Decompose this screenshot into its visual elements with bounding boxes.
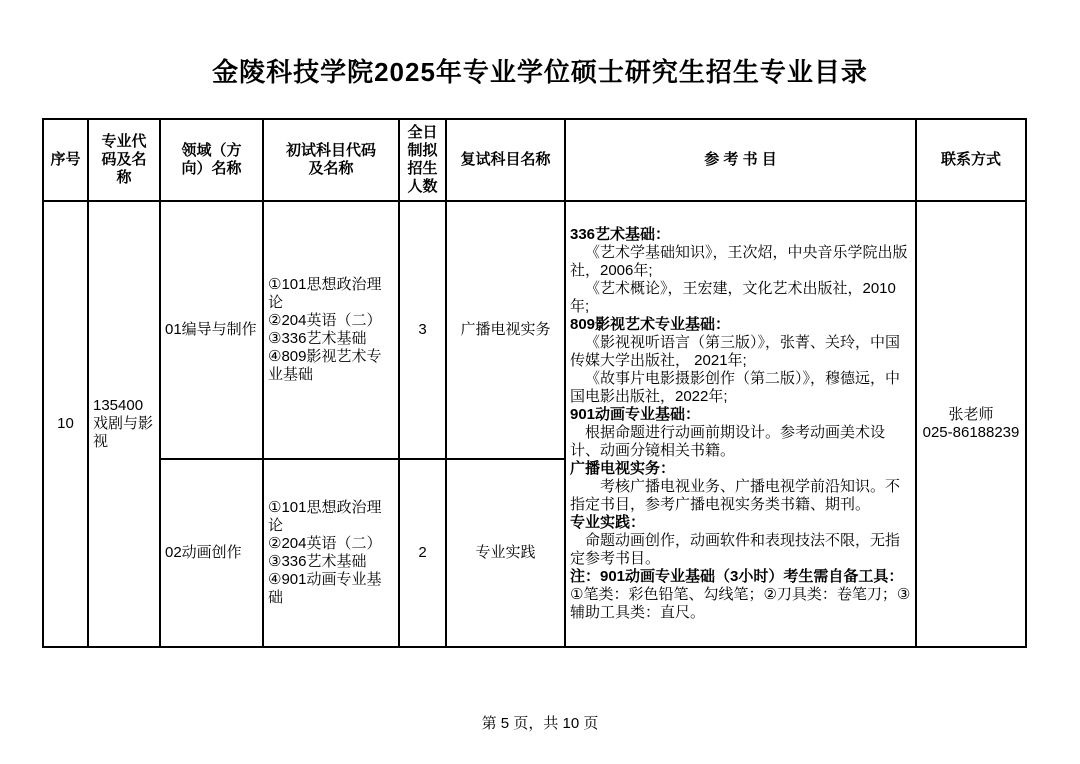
page-title: 金陵科技学院2025年专业学位硕士研究生招生专业目录 [0,52,1080,89]
quota-cell-01: 3 [399,201,446,459]
subjects-cell-01: ①101思想政治理论②204英语（二）③336艺术基础④809影视艺术专业基础 [263,201,399,459]
references-cell: 336艺术基础：《艺术学基础知识》，王次炤，中央音乐学院出版社，2006年;《艺… [565,201,916,647]
header-references: 参 考 书 目 [565,119,916,201]
header-major-code: 专业代 码及名 称 [88,119,160,201]
table-header-row: 序号 专业代 码及名 称 领域（方 向）名称 初试科目代码 及名称 全日 制拟 … [43,119,1026,201]
reference-line: 336艺术基础： [570,226,911,244]
header-seq: 序号 [43,119,88,201]
exam-subject: ③336艺术基础 [268,330,394,348]
field-cell-02: 02动画创作 [160,459,263,647]
reference-line: 根据命题进行动画前期设计。参考动画美术设计、动画分镜相关书籍。 [570,424,911,460]
reference-line: 命题动画创作，动画软件和表现技法不限，无指定参考书目。 [570,532,911,568]
retest-cell-01: 广播电视实务 [446,201,565,459]
quota-cell-02: 2 [399,459,446,647]
exam-subject: ④901动画专业基础 [268,571,394,607]
reference-line: 《艺术学基础知识》，王次炤，中央音乐学院出版社，2006年; [570,244,911,280]
reference-line: 809影视艺术专业基础： [570,316,911,334]
exam-subject: ①101思想政治理论 [268,276,394,312]
seq-cell: 10 [43,201,88,647]
exam-subject: ①101思想政治理论 [268,499,394,535]
subjects-list: ①101思想政治理论②204英语（二）③336艺术基础④809影视艺术专业基础 [268,276,394,384]
reference-line: 注：901动画专业基础（3小时）考生需自备工具： [570,568,911,586]
exam-subject: ④809影视艺术专业基础 [268,348,394,384]
reference-line: 901动画专业基础： [570,406,911,424]
subjects-cell-02: ①101思想政治理论②204英语（二）③336艺术基础④901动画专业基础 [263,459,399,647]
header-quota: 全日 制拟 招生 人数 [399,119,446,201]
exam-subject: ②204英语（二） [268,312,394,330]
references-list: 336艺术基础：《艺术学基础知识》，王次炤，中央音乐学院出版社，2006年;《艺… [570,226,911,622]
reference-line: 《故事片电影摄影创作（第二版）》，穆德远，中国电影出版社，2022年; [570,370,911,406]
header-retest-subject: 复试科目名称 [446,119,565,201]
reference-line: 《影视视听语言（第三版）》，张菁、关玲，中国传媒大学出版社， 2021年; [570,334,911,370]
header-contact: 联系方式 [916,119,1026,201]
reference-line: 《艺术概论》，王宏建，文化艺术出版社，2010年; [570,280,911,316]
reference-line: 广播电视实务： [570,460,911,478]
major-code-cell: 135400 戏剧与影视 [88,201,160,647]
reference-line: ①笔类：彩色铅笔、勾线笔；②刀具类：卷笔刀；③辅助工具类：直尺。 [570,586,911,622]
header-field: 领域（方 向）名称 [160,119,263,201]
document-page: 金陵科技学院2025年专业学位硕士研究生招生专业目录 序号 专业代 码及名 称 … [0,0,1080,764]
field-cell-01: 01编导与制作 [160,201,263,459]
header-initial-subjects: 初试科目代码 及名称 [263,119,399,201]
page-number: 第 5 页，共 10 页 [0,712,1080,733]
retest-cell-02: 专业实践 [446,459,565,647]
exam-subject: ②204英语（二） [268,535,394,553]
table-row: 10 135400 戏剧与影视 01编导与制作 ①101思想政治理论②204英语… [43,201,1026,459]
contact-cell: 张老师 025-86188239 [916,201,1026,647]
reference-line: 专业实践： [570,514,911,532]
admissions-table: 序号 专业代 码及名 称 领域（方 向）名称 初试科目代码 及名称 全日 制拟 … [42,118,1027,648]
reference-line: 考核广播电视业务、广播电视学前沿知识。不指定书目，参考广播电视实务类书籍、期刊。 [570,478,911,514]
exam-subject: ③336艺术基础 [268,553,394,571]
subjects-list: ①101思想政治理论②204英语（二）③336艺术基础④901动画专业基础 [268,499,394,607]
